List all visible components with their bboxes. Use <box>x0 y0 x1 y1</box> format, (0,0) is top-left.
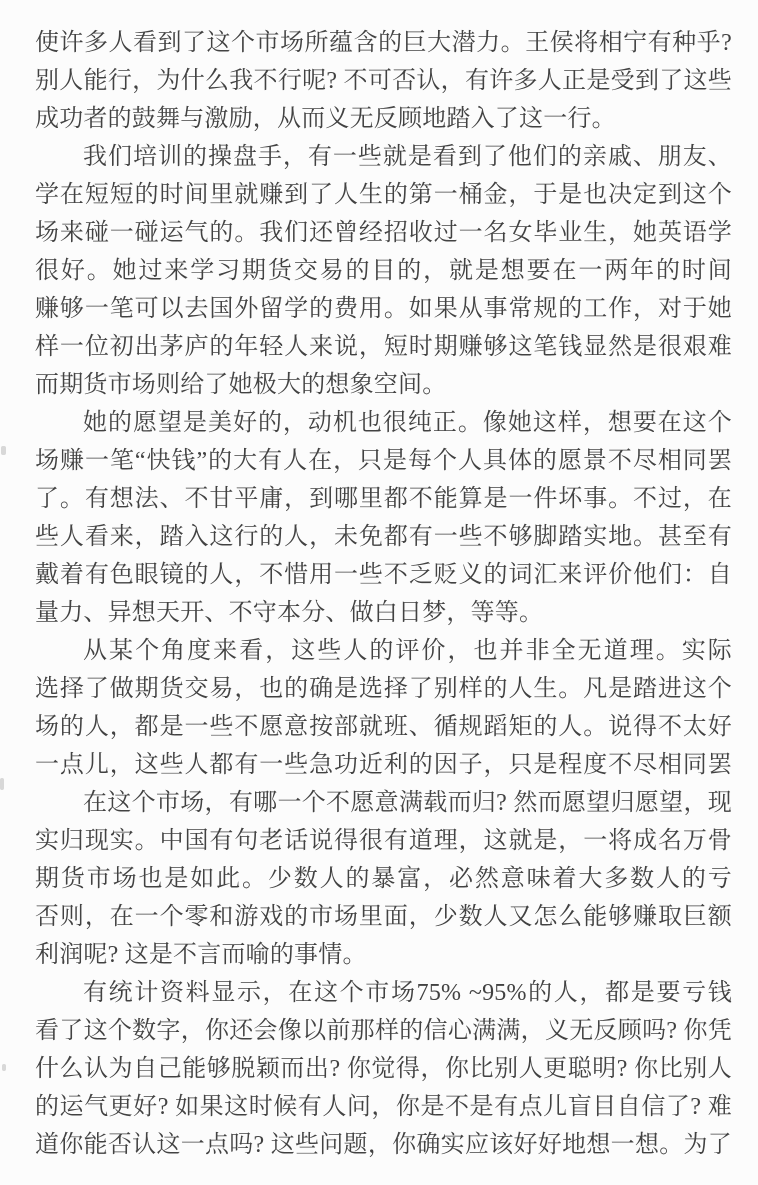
text-line: 她的愿望是美好的，动机也很纯正。像她这样，想要在这个市 <box>35 404 732 442</box>
page-text: 使许多人看到了这个市场所蕴含的巨大潜力。王侯将相宁有种乎?别人能行，为什么我不行… <box>35 24 732 1164</box>
text-line: 的运气更好? 如果这时候有人问，你是不是有点儿盲目自信了? 难 <box>35 1088 732 1126</box>
text-line: 选择了做期货交易，也的确是选择了别样的人生。凡是踏进这个市 <box>35 670 732 708</box>
text-line: 在这个市场，有哪一个不愿意满载而归? 然而愿望归愿望，现 <box>35 784 732 822</box>
text-line: 使许多人看到了这个市场所蕴含的巨大潜力。王侯将相宁有种乎? <box>35 24 732 62</box>
text-line: 看了这个数字，你还会像以前那样的信心满满，义无反顾吗? 你凭 <box>35 1012 732 1050</box>
text-line: 一点儿，这些人都有一些急功近利的因子，只是程度不尽相同罢了。 <box>35 746 732 784</box>
text-line: 利润呢? 这是不言而喻的事情。 <box>35 936 732 974</box>
text-line: 有统计资料显示，在这个市场75% ~95%的人，都是要亏钱的。 <box>35 974 732 1012</box>
scan-speck <box>1 446 6 455</box>
text-line: 场的人，都是一些不愿意按部就班、循规蹈矩的人。说得不太好听 <box>35 708 732 746</box>
text-line: 而期货市场则给了她极大的想象空间。 <box>35 366 732 404</box>
text-line: 很好。她过来学习期货交易的目的，就是想要在一两年的时间里， <box>35 252 732 290</box>
text-line: 场赚一笔“快钱”的大有人在，只是每个人具体的愿景不尽相同罢 <box>35 442 732 480</box>
text-line: 别人能行，为什么我不行呢? 不可否认，有许多人正是受到了这些 <box>35 62 732 100</box>
text-line: 否则，在一个零和游戏的市场里面，少数人又怎么能够赚取巨额的 <box>35 898 732 936</box>
text-line: 什么认为自己能够脱颖而出? 你觉得，你比别人更聪明? 你比别人 <box>35 1050 732 1088</box>
text-line: 道你能否认这一点吗? 这些问题，你确实应该好好地想一想。为了 <box>35 1126 732 1164</box>
book-page: 使许多人看到了这个市场所蕴含的巨大潜力。王侯将相宁有种乎?别人能行，为什么我不行… <box>0 0 758 1185</box>
text-line: 学在短短的时间里就赚到了人生的第一桶金，于是也决定到这个市 <box>35 176 732 214</box>
text-line: 期货市场也是如此。少数人的暴富，必然意味着大多数人的亏损。 <box>35 860 732 898</box>
text-line: 我们培训的操盘手，有一些就是看到了他们的亲戚、朋友、同 <box>35 138 732 176</box>
text-line: 些人看来，踏入这行的人，未免都有一些不够脚踏实地。甚至有些 <box>35 518 732 556</box>
text-line: 场来碰一碰运气的。我们还曾经招收过一名女毕业生，她英语学得 <box>35 214 732 252</box>
text-line: 成功者的鼓舞与激励，从而义无反顾地踏入了这一行。 <box>35 100 732 138</box>
text-line: 赚够一笔可以去国外留学的费用。如果从事常规的工作，对于她这 <box>35 290 732 328</box>
scan-speck <box>0 778 4 790</box>
text-line: 戴着有色眼镜的人，不惜用一些不乏贬义的词汇来评价他们：自不 <box>35 556 732 594</box>
scan-speck <box>2 1064 6 1071</box>
text-line: 实归现实。中国有句老话说得很有道理，这就是，一将成名万骨枯! <box>35 822 732 860</box>
text-line: 样一位初出茅庐的年轻人来说，短时期赚够这笔钱显然是很艰难的， <box>35 328 732 366</box>
text-line: 从某个角度来看，这些人的评价，也并非全无道理。实际上， <box>35 632 732 670</box>
text-line: 量力、异想天开、不守本分、做白日梦，等等。 <box>35 594 732 632</box>
text-line: 了。有想法、不甘平庸，到哪里都不能算是一件坏事。不过，在有 <box>35 480 732 518</box>
